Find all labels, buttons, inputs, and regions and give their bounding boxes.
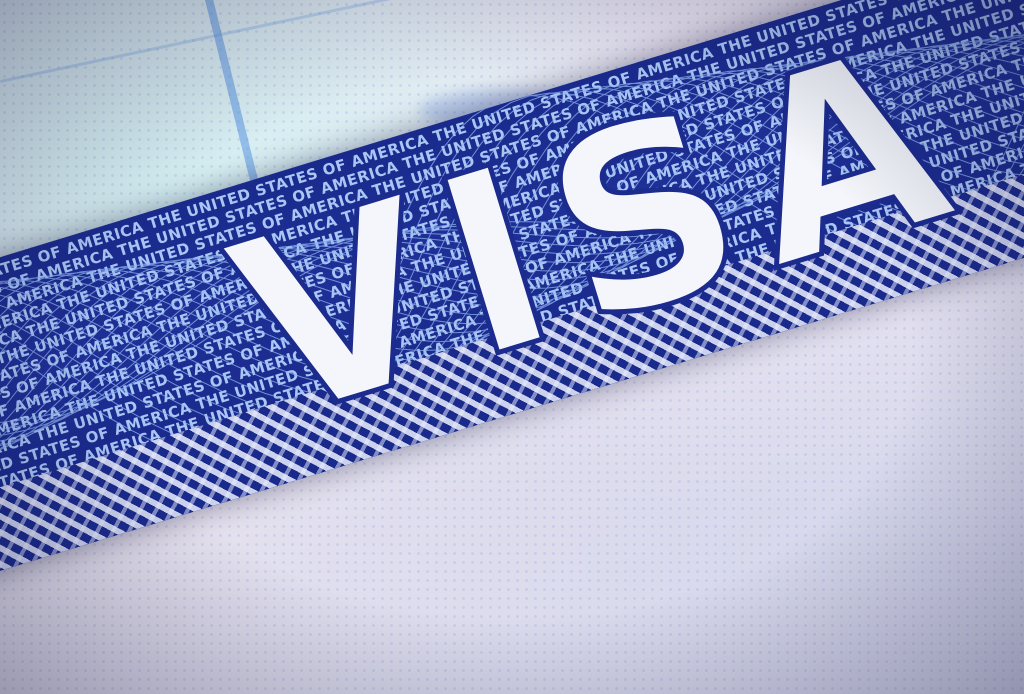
visa-photo: THE UNITED STATES OF AMERICA THE UNITED … xyxy=(0,0,1024,694)
